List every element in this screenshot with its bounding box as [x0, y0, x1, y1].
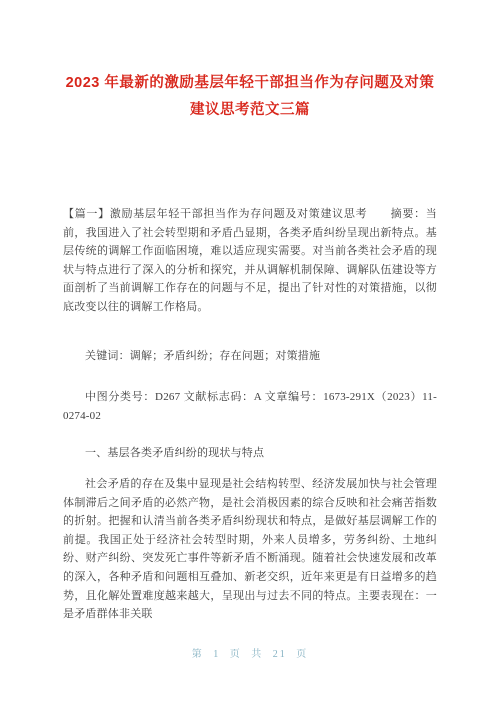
document-title: 2023 年最新的激励基层年轻干部担当作为存问题及对策建议思考范文三篇: [60, 70, 440, 124]
body-paragraph: 社会矛盾的存在及集中显现是社会结构转型、经济发展加快与社会管理体制滞后之间矛盾的…: [63, 475, 437, 624]
document-body: 【篇一】激励基层年轻干部担当作为存问题及对策建议思考 摘要：当前，我国进入了社会…: [63, 205, 437, 624]
page-number-footer: 第 1 页 共 21 页: [0, 645, 500, 660]
section-heading: 一、基层各类矛盾纠纷的现状与特点: [63, 444, 437, 463]
document-page: 2023 年最新的激励基层年轻干部担当作为存问题及对策建议思考范文三篇 【篇一】…: [0, 0, 500, 707]
classification-meta-line: 中图分类号：D267 文献标志码：A 文章编号：1673-291X（2023）1…: [63, 388, 437, 425]
keywords-line: 关键词：调解；矛盾纠纷；存在问题；对策措施: [63, 347, 437, 366]
lead-paragraph: 【篇一】激励基层年轻干部担当作为存问题及对策建议思考 摘要：当前，我国进入了社会…: [63, 205, 437, 317]
